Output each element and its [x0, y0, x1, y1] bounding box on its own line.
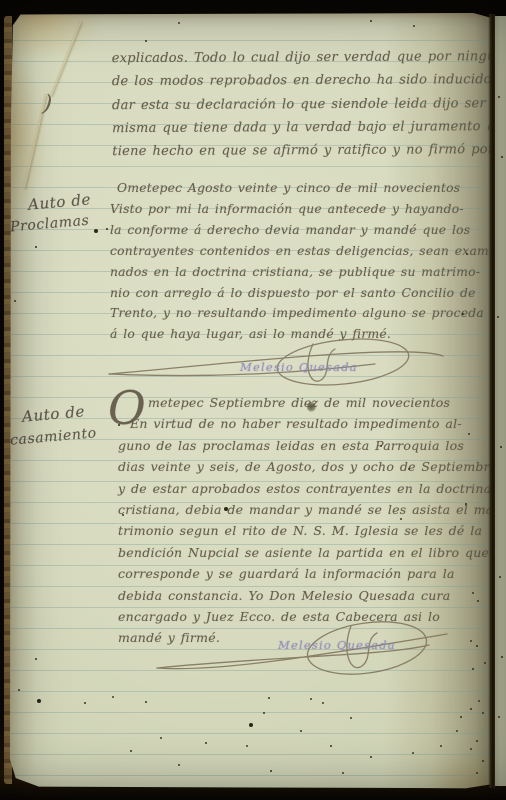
margin-label-auto-de-proclamas-1: Auto de [27, 190, 91, 213]
handwritten-line: y de estar aprobados estos contrayentes … [118, 478, 490, 499]
margin-label-auto-de-casamiento-2: casamiento [10, 425, 97, 449]
register-page: ) explicados. Todo lo cual dijo ser verd… [10, 13, 490, 789]
paper-speckles [10, 13, 12, 15]
handwritten-line: bendición Nupcial se asiente la partida … [118, 542, 490, 563]
paper-crease [50, 21, 82, 96]
handwritten-line: metepec Septiembre diez de mil novecient… [148, 392, 490, 413]
handwritten-line: debida constancia. Yo Don Melesio Quesad… [118, 585, 490, 606]
handwritten-line: Trento, y no resultando impedimento algu… [110, 303, 490, 324]
adjacent-page-edge [495, 16, 506, 786]
paper-speckles [495, 16, 497, 18]
handwritten-line: Ometepec Agosto veinte y cinco de mil no… [117, 178, 490, 199]
handwritten-line: tiene hecho en que se afirmó y ratifico … [112, 138, 490, 164]
handwritten-line: Visto por mi la información que antecede… [110, 199, 490, 220]
handwritten-line: la conforme á derecho devia mandar y man… [110, 220, 490, 241]
handwritten-line: explicados. Todo lo cual dijo ser verdad… [112, 45, 490, 71]
register-book-photo: ) explicados. Todo lo cual dijo ser verd… [0, 0, 506, 800]
handwritten-line: de los modos reprobados en derecho ha si… [112, 68, 490, 94]
margin-label-auto-de-proclamas-2: Proclamas [10, 213, 90, 236]
page-gutter [488, 14, 495, 788]
handwritten-line: misma que tiene dada y la verdad bajo el… [112, 115, 490, 141]
entry-auto-de-casamiento: metepec Septiembre diez de mil novecient… [118, 392, 490, 649]
handwritten-line: contrayentes contenidos en estas deligen… [110, 241, 490, 262]
handwritten-line: corresponde y se guardará la información… [118, 563, 490, 584]
signature-stamp: Melesio Quesada [240, 360, 358, 374]
handwritten-line: guno de las proclamas leidas en esta Par… [118, 435, 490, 456]
handwritten-line: En virtud de no haber resultado impedime… [130, 413, 490, 434]
entry-declaracion-cierre: explicados. Todo lo cual dijo ser verdad… [112, 45, 490, 164]
margin-label-auto-de-casamiento-1: Auto de [21, 402, 85, 425]
handwritten-line: cristiana, debia de mandar y mandé se le… [118, 499, 490, 520]
ink-blot [307, 402, 316, 412]
handwritten-line: dar esta su declaración lo que siendole … [112, 91, 490, 117]
handwritten-line: nados en la doctrina cristiana, se publi… [110, 262, 490, 283]
entry-auto-de-proclamas: Ometepec Agosto veinte y cinco de mil no… [110, 178, 490, 345]
handwritten-line: trimonio segun el rito de N. S. M. Igles… [118, 520, 490, 541]
margin-bracket-mark: ) [41, 91, 53, 118]
signature-stamp: Melesio Quesada [278, 638, 396, 652]
handwritten-line: dias veinte y seis, de Agosto, dos y och… [118, 456, 490, 477]
handwritten-line: nio con arreglo á lo dispuesto por el sa… [110, 283, 490, 304]
